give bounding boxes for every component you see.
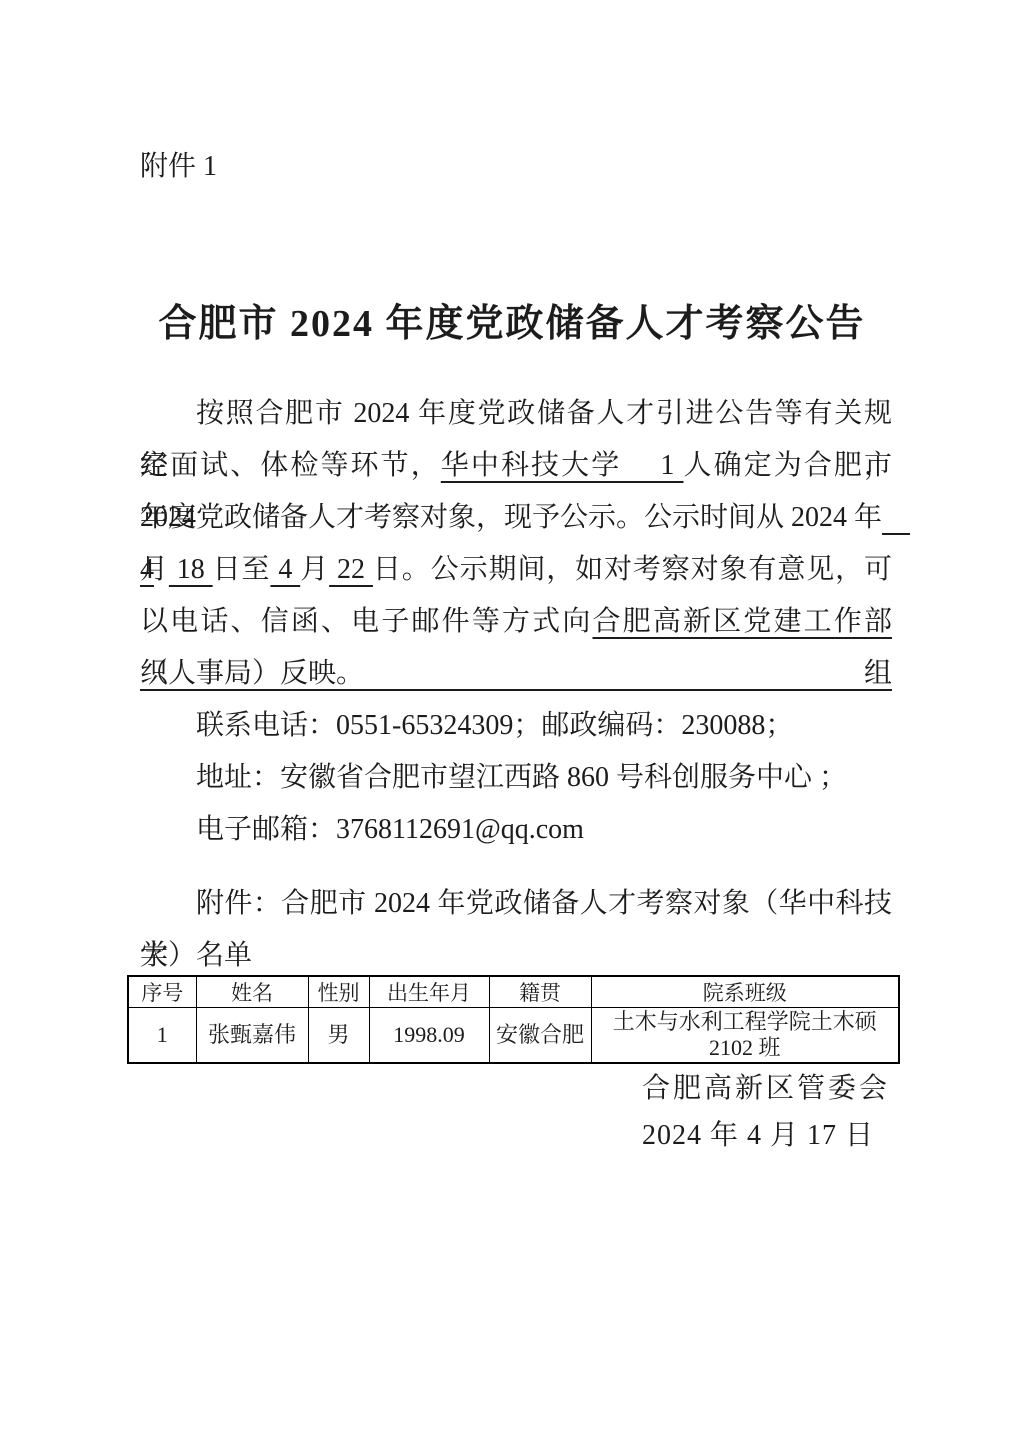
table-header-cell: 院系班级 (591, 976, 899, 1008)
attachment-label: 附件 1 (140, 150, 217, 184)
document-title: 合肥市 2024 年度党政储备人才考察公告 (0, 298, 1024, 350)
text-segment: 年度党政储备人才考察对象，现予公示。公示时间从 2024 年 (140, 502, 882, 533)
text-segment: 反映。 (280, 658, 364, 689)
table-header-cell: 籍贯 (489, 976, 591, 1008)
text-segment: 经面试、体检等环节， (140, 450, 441, 481)
roster-table: 序号姓名性别出生年月籍贯院系班级 1张甄嘉伟男1998.09安徽合肥土木与水利工… (127, 975, 900, 1064)
text-segment: 月 (300, 554, 329, 585)
table-header-cell: 序号 (128, 976, 196, 1008)
text-line: 经面试、体检等环节，华中科技大学 1 人确定为合肥市 2024 (140, 440, 892, 492)
text-line: 以电话、信函、电子邮件等方式向合肥高新区党建工作部（组 (140, 596, 892, 648)
table-header-cell: 出生年月 (369, 976, 489, 1008)
text-line: 月 18 日至 4 月 22 日。公示期间，如对考察对象有意见，可 (140, 544, 892, 596)
text-line: 附件：合肥市 2024 年党政储备人才考察对象（华中科技大 (140, 878, 892, 930)
table-cell: 张甄嘉伟 (196, 1008, 308, 1063)
text-line: 按照合肥市 2024 年度党政储备人才引进公告等有关规定， (140, 388, 892, 440)
underlined-text: 华中科技大学 1 (441, 450, 684, 481)
roster-body: 1张甄嘉伟男1998.09安徽合肥土木与水利工程学院土木硕 2102 班 (128, 1008, 899, 1063)
contact-info: 联系电话：0551-65324309；邮政编码：230088；地址：安徽省合肥市… (140, 700, 892, 856)
issue-date: 2024 年 4 月 17 日 (642, 1119, 890, 1153)
table-header-cell: 性别 (308, 976, 369, 1008)
text-line: 地址：安徽省合肥市望江西路 860 号科创服务中心 ； (140, 752, 892, 804)
underlined-text: 织人事局） (140, 658, 280, 689)
table-cell: 安徽合肥 (489, 1008, 591, 1063)
table-cell: 1998.09 (369, 1008, 489, 1063)
body-paragraph: 按照合肥市 2024 年度党政储备人才引进公告等有关规定，经面试、体检等环节，华… (140, 388, 892, 700)
text-segment: 以电话、信函、电子邮件等方式向 (140, 606, 592, 637)
underlined-text: 22 (329, 554, 373, 585)
document-page: 附件 1 合肥市 2024 年度党政储备人才考察公告 按照合肥市 2024 年度… (0, 0, 1024, 1448)
text-line: 电子邮箱：3768112691@qq.com (140, 804, 892, 856)
table-cell: 1 (128, 1008, 196, 1063)
roster-header: 序号姓名性别出生年月籍贯院系班级 (128, 976, 899, 1008)
issuing-authority: 合肥高新区管委会 (642, 1072, 890, 1106)
text-line: 年度党政储备人才考察对象，现予公示。公示时间从 2024 年 4 (140, 492, 892, 544)
document-footer: 合肥高新区管委会 2024 年 4 月 17 日 (642, 1072, 890, 1153)
text-segment: 月 (140, 554, 169, 585)
table-cell: 土木与水利工程学院土木硕 2102 班 (591, 1008, 899, 1063)
attachment-note: 附件：合肥市 2024 年党政储备人才考察对象（华中科技大学）名单 (140, 878, 892, 982)
underlined-text: 18 (169, 554, 213, 585)
table-cell: 男 (308, 1008, 369, 1063)
table-header-cell: 姓名 (196, 976, 308, 1008)
text-line: 联系电话：0551-65324309；邮政编码：230088； (140, 700, 892, 752)
text-segment: 日至 (213, 554, 271, 585)
table-row: 1张甄嘉伟男1998.09安徽合肥土木与水利工程学院土木硕 2102 班 (128, 1008, 899, 1063)
text-segment: 学）名单 (140, 940, 252, 971)
text-segment: 日。公示期间，如对考察对象有意见，可 (373, 554, 892, 585)
underlined-text: 4 (270, 554, 300, 585)
roster-header-row: 序号姓名性别出生年月籍贯院系班级 (128, 976, 899, 1008)
